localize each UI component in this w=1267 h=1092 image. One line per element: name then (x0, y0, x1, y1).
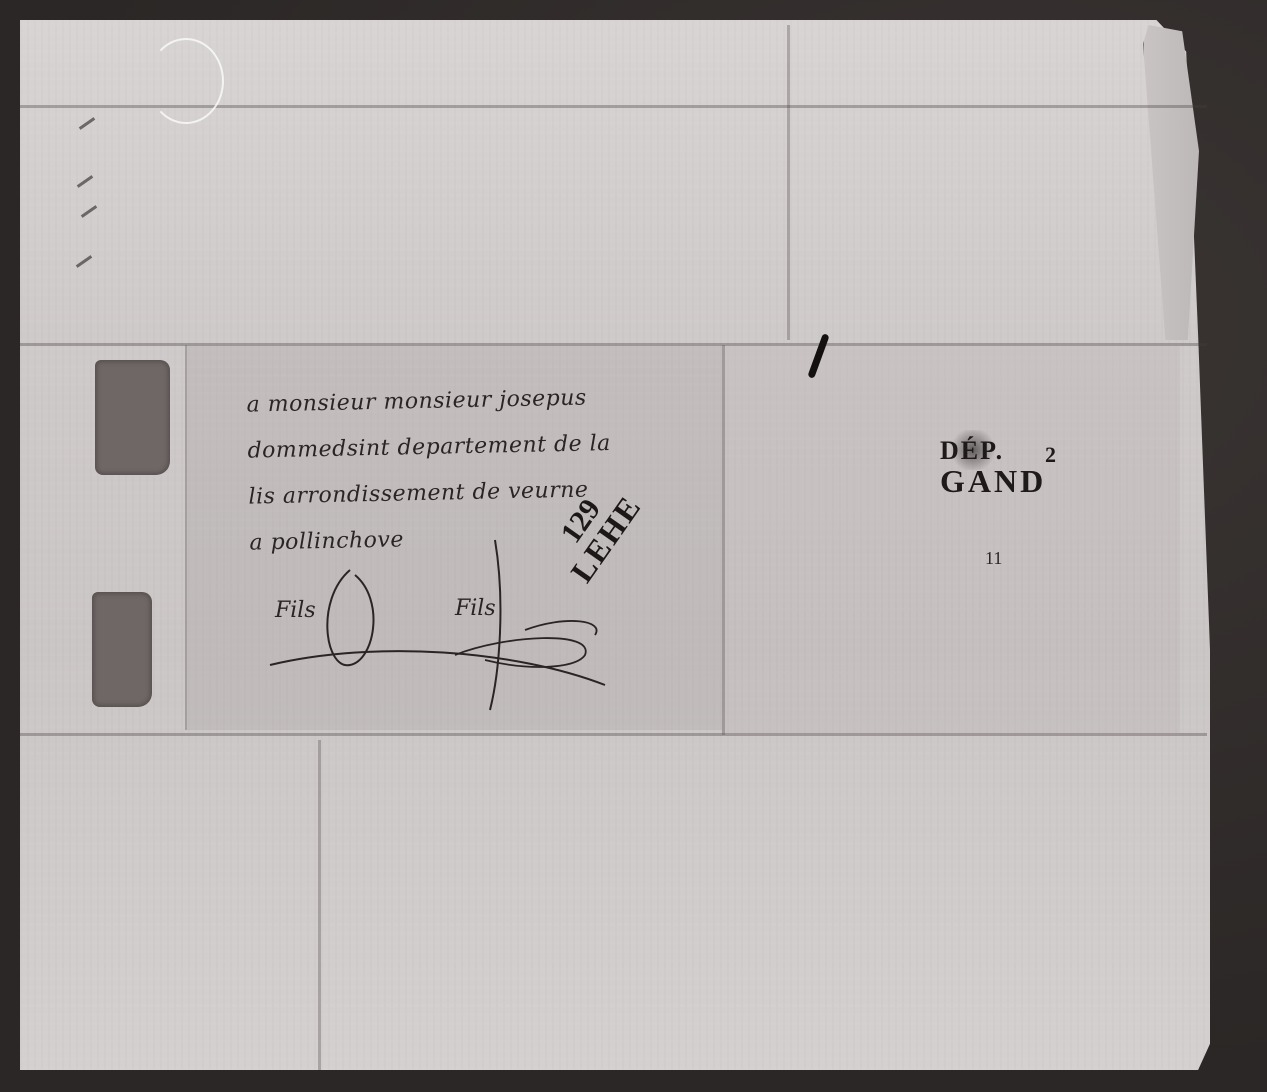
film-scratch (148, 38, 224, 124)
signature-fils-right: Fils (455, 596, 496, 621)
wax-seal-residue-upper (95, 360, 170, 475)
wax-seal-residue-lower (92, 592, 152, 707)
fold-line-vertical-lower (318, 740, 321, 1070)
postmark-gand: DÉP. 2 GAND (940, 438, 1046, 498)
postmark-gand-sup: 2 (1045, 442, 1056, 468)
fold-line-vertical-upper (787, 25, 790, 340)
signature-fils-left: Fils (275, 598, 316, 623)
right-panel (722, 345, 1180, 735)
manuscript-rate-note: 11 (985, 548, 1002, 569)
ink-smudge (948, 430, 998, 470)
